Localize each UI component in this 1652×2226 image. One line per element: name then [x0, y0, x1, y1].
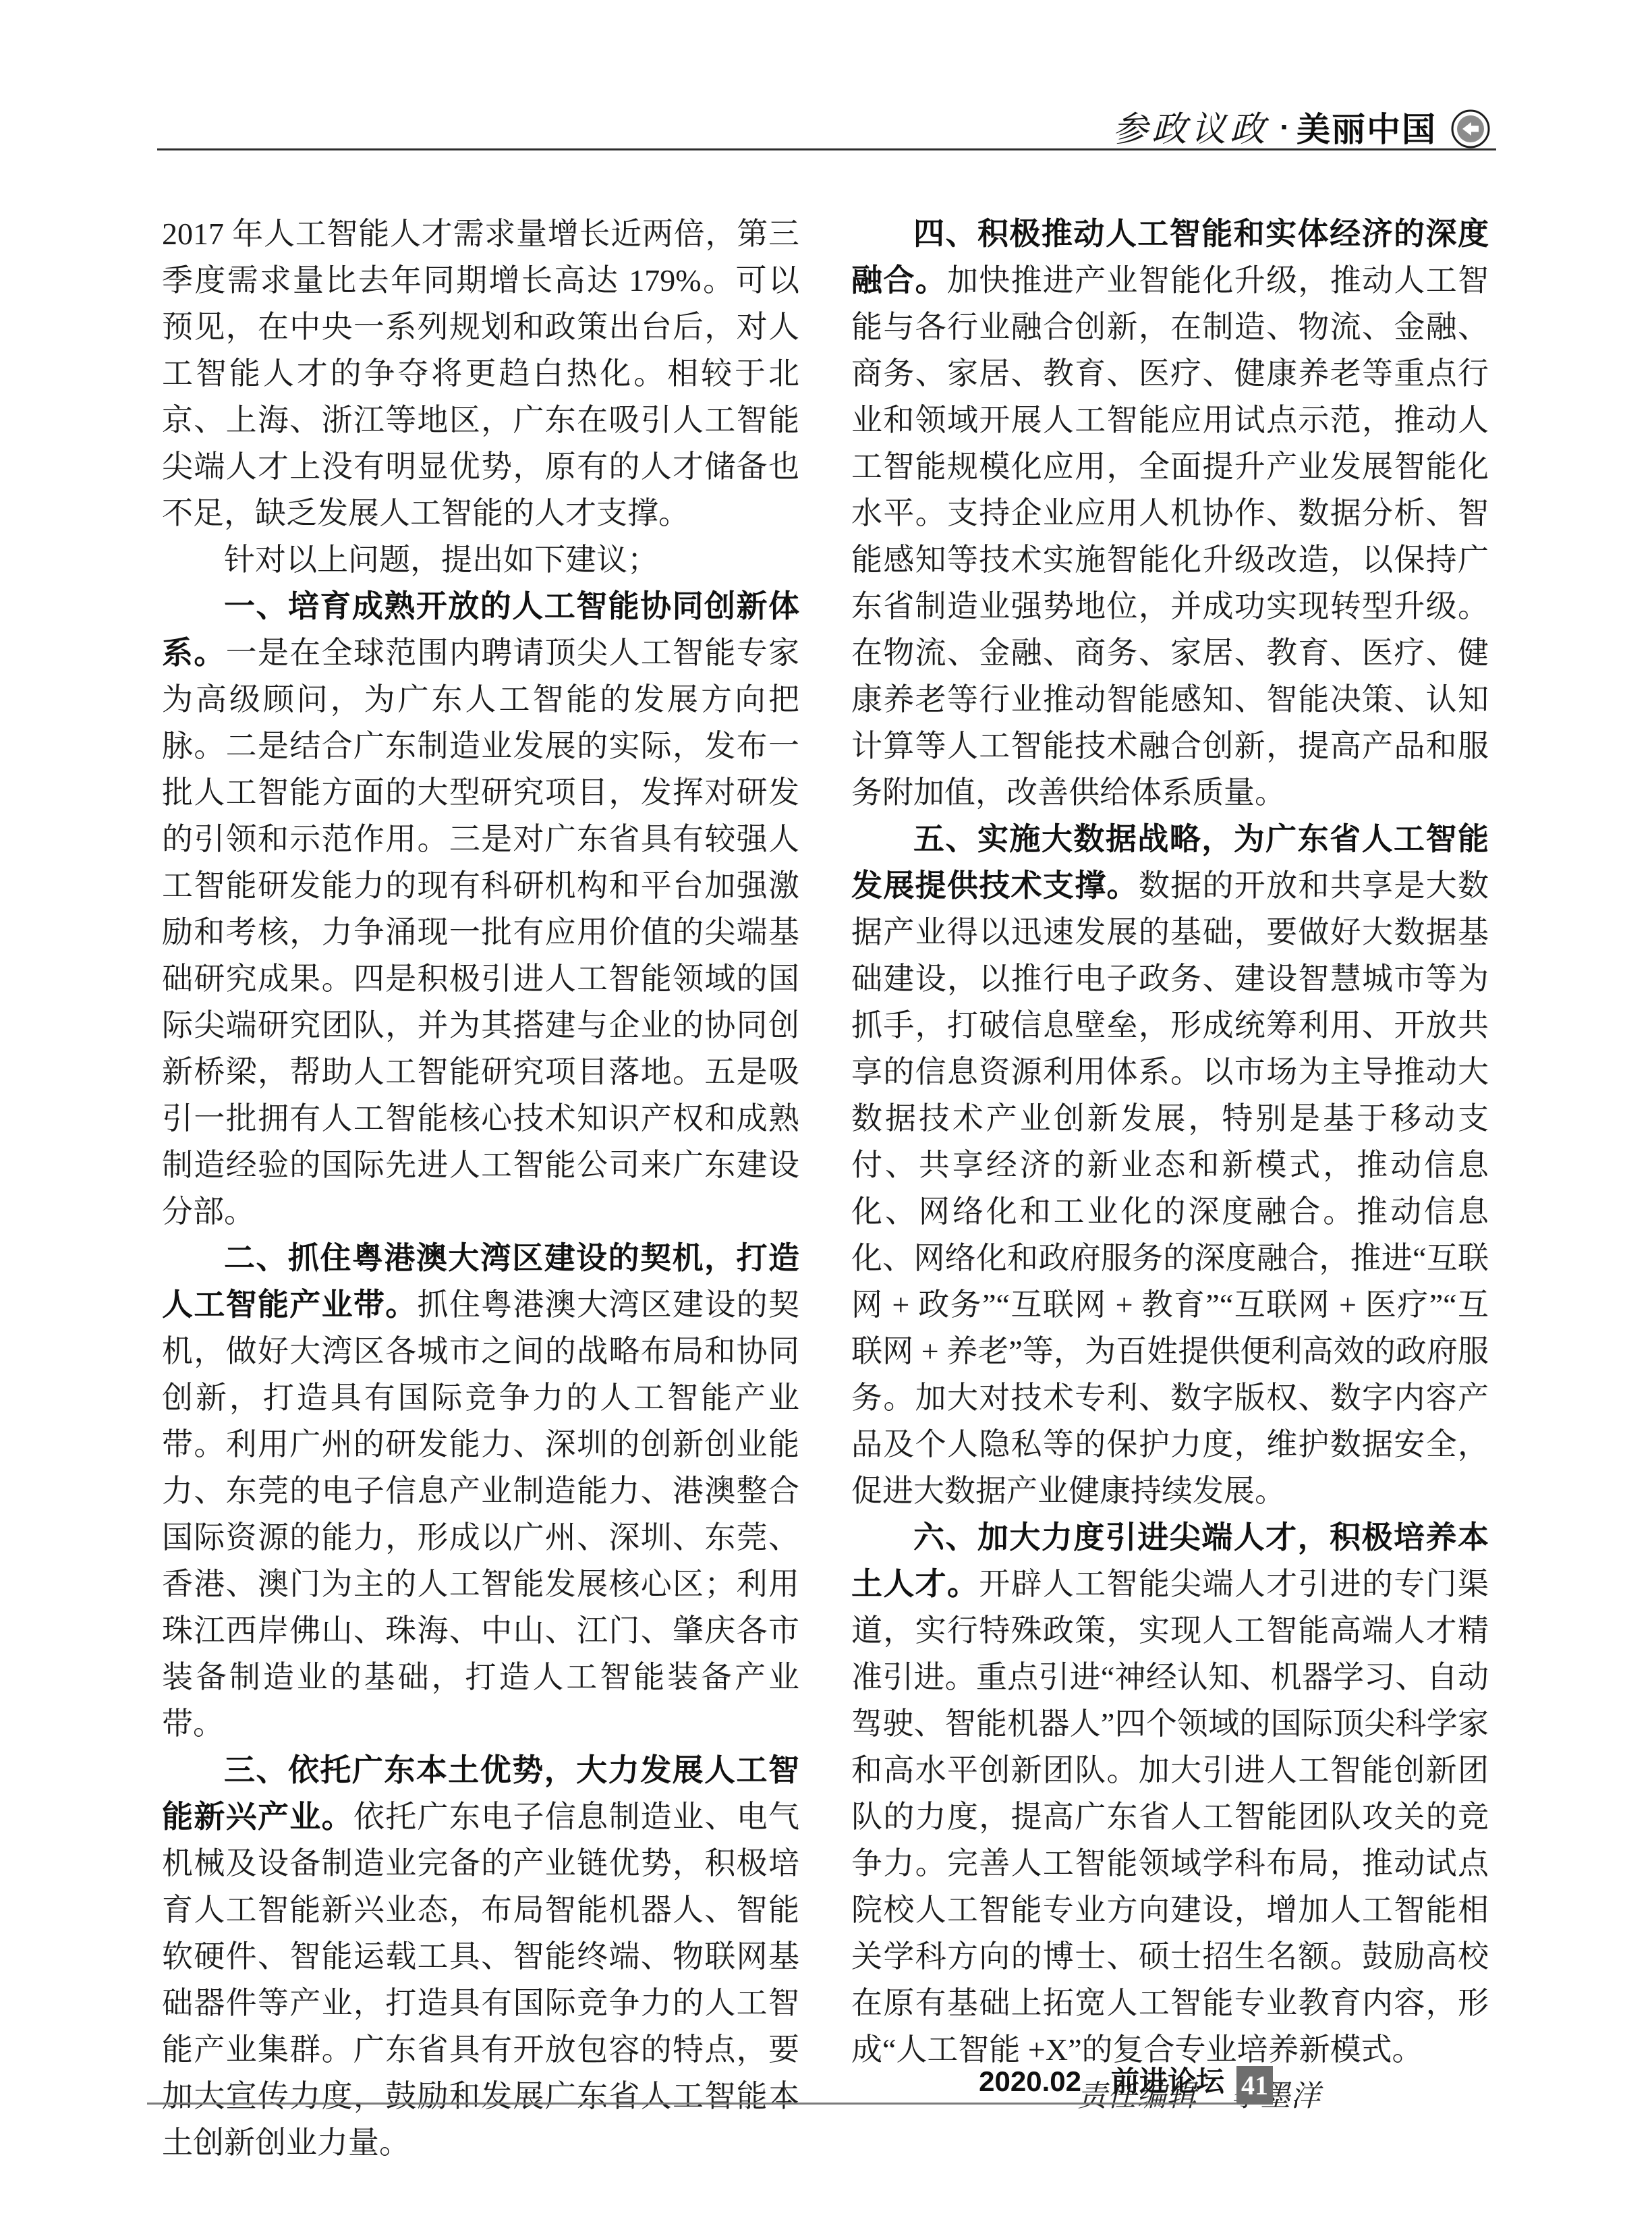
page-footer: 2020.02前进论坛 — [0, 2062, 1224, 2101]
column-left: 2017 年人工智能人才需求量增长近两倍，第三季度需求量比去年同期增长高达 17… — [162, 211, 799, 2166]
paragraph: 六、加大力度引进尖端人才，积极培养本土人才。开辟人工智能尖端人才引进的专门渠道，… — [851, 1514, 1489, 2073]
paragraph-text: 针对以上问题，提出如下建议； — [224, 542, 658, 577]
paragraph-text: 一是在全球范围内聘请顶尖人工智能专家为高级顾问，为广东人工智能的发展方向把脉。二… — [162, 636, 799, 1229]
header-separator: · — [1280, 111, 1290, 144]
paragraph-text: 2017 年人工智能人才需求量增长近两倍，第三季度需求量比去年同期增长高达 17… — [162, 217, 799, 530]
paragraph-text: 开辟人工智能尖端人才引进的专门渠道，实行特殊政策，实现人工智能高端人才精准引进。… — [851, 1567, 1489, 2067]
paragraph-text: 依托广东电子信息制造业、电气机械及设备制造业完备的产业链优势，积极培育人工智能新… — [162, 1800, 799, 2160]
magazine-page: 参政议政·美丽中国 2017 年人工智能人才需求量增长近两倍，第三季度需求量比去… — [0, 0, 1652, 2226]
page-header: 参政议政·美丽中国 — [0, 107, 1437, 159]
paragraph: 二、抓住粤港澳大湾区建设的契机，打造人工智能产业带。抓住粤港澳大湾区建设的契机，… — [162, 1235, 799, 1747]
paragraph: 四、积极推动人工智能和实体经济的深度融合。加快推进产业智能化升级，推动人工智能与… — [851, 211, 1489, 816]
header-rule — [157, 148, 1496, 150]
column-right: 四、积极推动人工智能和实体经济的深度融合。加快推进产业智能化升级，推动人工智能与… — [851, 211, 1489, 2119]
paragraph: 2017 年人工智能人才需求量增长近两倍，第三季度需求量比去年同期增长高达 17… — [162, 211, 799, 536]
page-number-badge: 41 — [1236, 2066, 1273, 2105]
header-section-label: 参政议政 — [1112, 111, 1269, 149]
paragraph: 针对以上问题，提出如下建议； — [162, 536, 799, 583]
footer-rule — [147, 2103, 1237, 2105]
paragraph-text: 抓住粤港澳大湾区建设的契机，做好大湾区各城市之间的战略布局和协同创新，打造具有国… — [162, 1287, 799, 1741]
paragraph: 五、实施大数据战略，为广东省人工智能发展提供技术支撑。数据的开放和共享是大数据产… — [851, 816, 1489, 1514]
footer-issue: 2020.02 — [979, 2065, 1081, 2097]
header-title: 美丽中国 — [1297, 111, 1437, 148]
paragraph: 一、培育成熟开放的人工智能协同创新体系。一是在全球范围内聘请顶尖人工智能专家为高… — [162, 583, 799, 1235]
circle-left-arrow-icon — [1450, 109, 1491, 149]
paragraph-text: 加快推进产业智能化升级，推动人工智能与各行业融合创新，在制造、物流、金融、商务、… — [851, 263, 1489, 810]
paragraph-text: 数据的开放和共享是大数据产业得以迅速发展的基础，要做好大数据基础建设，以推行电子… — [851, 868, 1489, 1508]
footer-journal-name: 前进论坛 — [1111, 2065, 1224, 2097]
